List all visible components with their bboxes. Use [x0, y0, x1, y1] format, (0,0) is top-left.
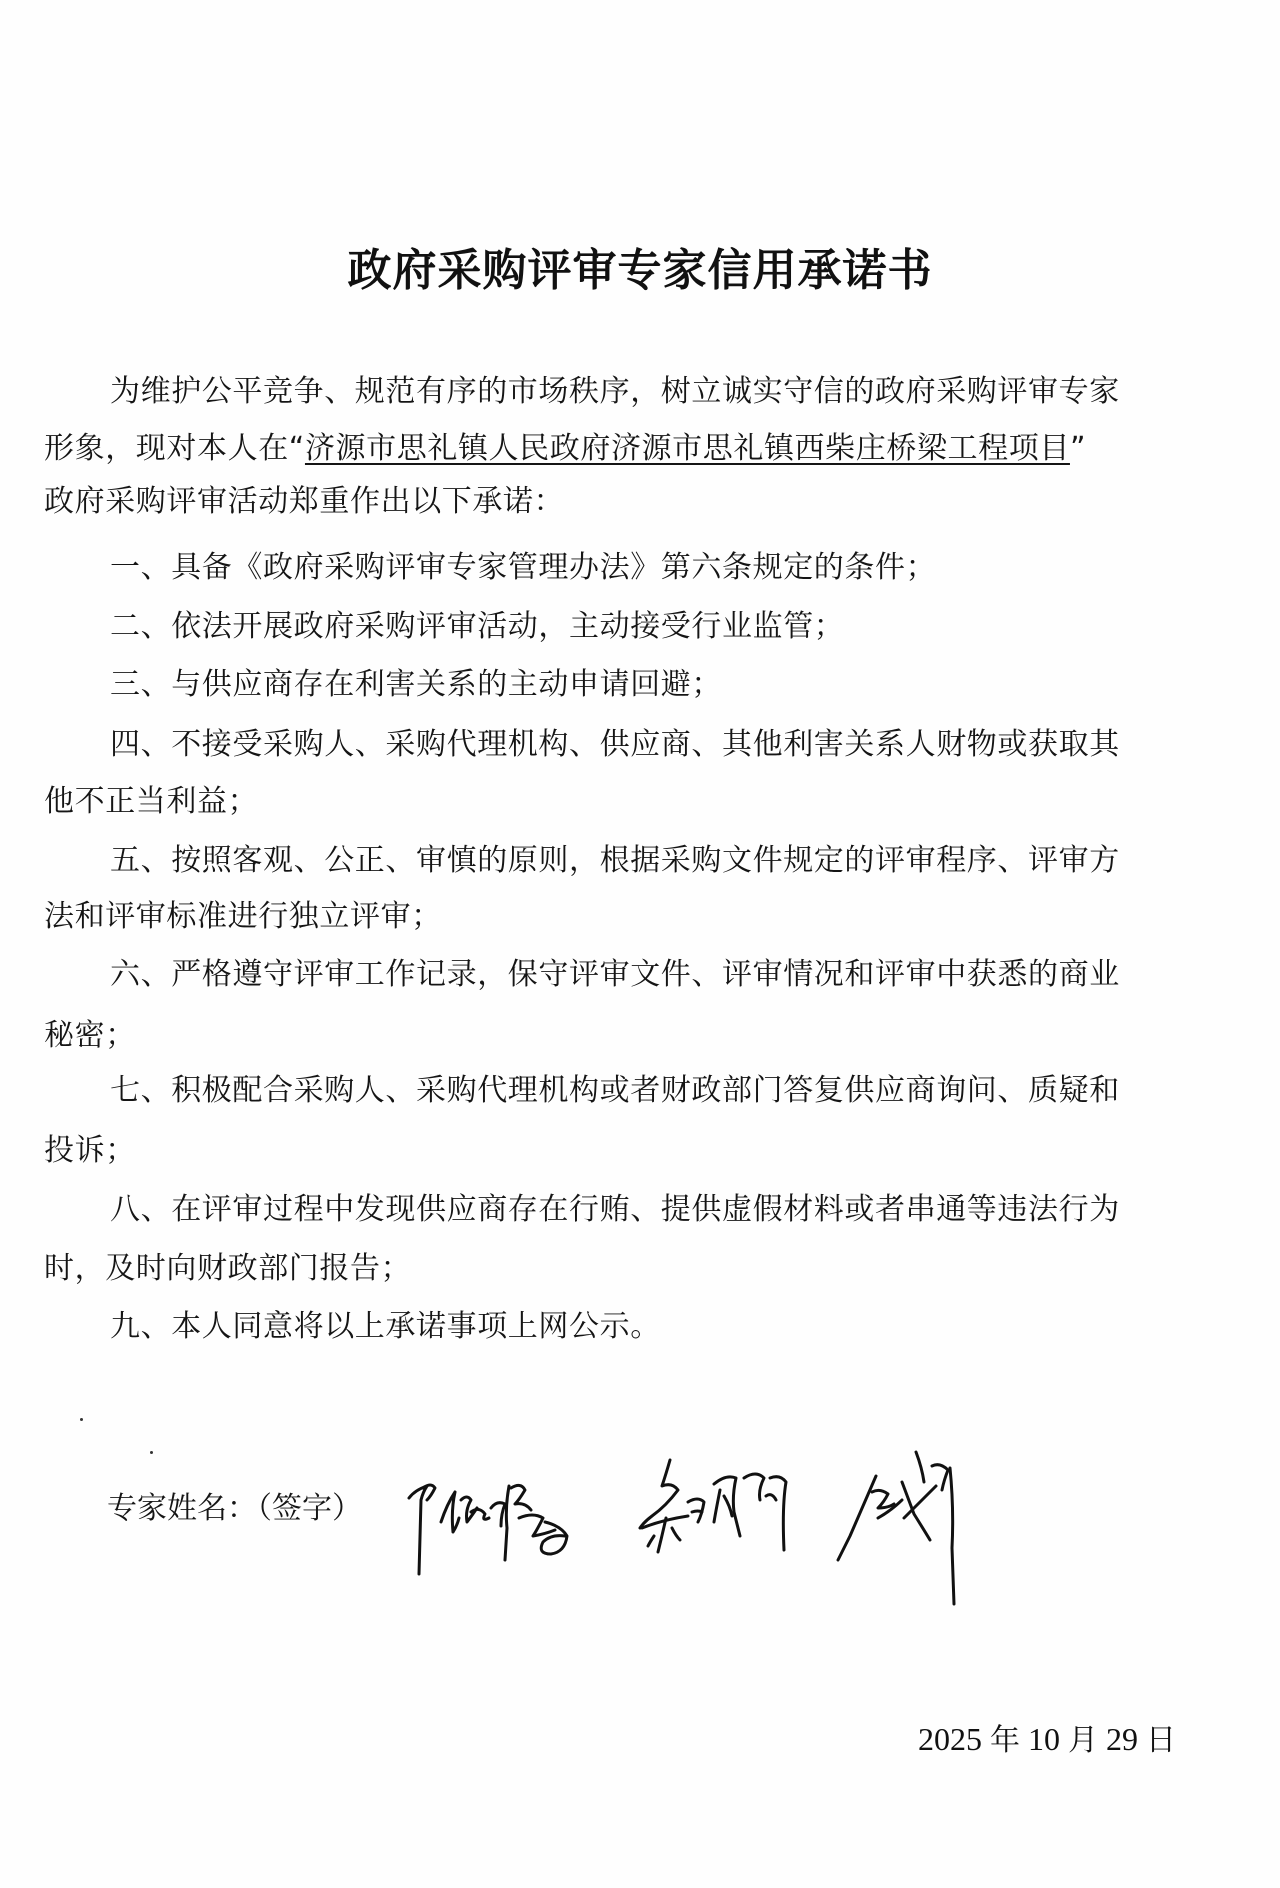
- commitment-1: 一、具备《政府采购评审专家管理办法》第六条规定的条件；: [110, 550, 936, 586]
- commitment-6: 六、严格遵守评审工作记录，保守评审文件、评审情况和评审中获悉的商业: [110, 957, 1120, 993]
- signature-1: [405, 1478, 585, 1574]
- date-month-unit: 月: [1068, 1723, 1098, 1758]
- scan-speck: [150, 1451, 153, 1454]
- signature-label: 专家姓名：（签字）: [107, 1491, 362, 1527]
- date-month: 10: [1028, 1721, 1060, 1757]
- document-title: 政府采购评审专家信用承诺书: [0, 246, 1280, 296]
- commitment-2: 二、依法开展政府采购评审活动，主动接受行业监管；: [110, 609, 844, 645]
- scan-speck: [80, 1418, 83, 1421]
- signing-date: 2025 年 10 月 29 日: [918, 1720, 1176, 1760]
- commitment-6-cont: 秘密；: [44, 1018, 136, 1054]
- intro-line-2: 形象，现对本人在“济源市思礼镇人民政府济源市思礼镇西柴庄桥梁工程项目”: [44, 431, 1086, 467]
- commitment-5-cont: 法和评审标准进行独立评审；: [44, 899, 442, 935]
- commitment-8: 八、在评审过程中发现供应商存在行贿、提供虚假材料或者串通等违法行为: [110, 1192, 1120, 1228]
- date-year-unit: 年: [990, 1723, 1020, 1758]
- intro-line-2-prefix: 形象，现对本人在“: [44, 431, 305, 466]
- date-day: 29: [1106, 1721, 1138, 1757]
- commitment-8-cont: 时，及时向财政部门报告；: [44, 1251, 411, 1287]
- signature-3: [832, 1448, 962, 1606]
- commitment-7: 七、积极配合采购人、采购代理机构或者财政部门答复供应商询问、质疑和: [110, 1073, 1120, 1109]
- signature-2-strokes: [632, 1456, 808, 1562]
- date-year: 2025: [918, 1721, 982, 1757]
- commitment-7-cont: 投诉；: [44, 1133, 136, 1169]
- signature-3-strokes: [832, 1448, 962, 1606]
- intro-line-2-suffix: ”: [1070, 431, 1086, 466]
- commitment-3: 三、与供应商存在利害关系的主动申请回避；: [110, 667, 722, 703]
- commitment-4: 四、不接受采购人、采购代理机构、供应商、其他利害关系人财物或获取其: [110, 727, 1120, 763]
- date-day-unit: 日: [1146, 1723, 1176, 1758]
- commitment-5: 五、按照客观、公正、审慎的原则，根据采购文件规定的评审程序、评审方: [110, 843, 1120, 879]
- commitment-9: 九、本人同意将以上承诺事项上网公示。: [110, 1309, 661, 1345]
- signature-2: [632, 1456, 808, 1562]
- intro-line-1: 为维护公平竞争、规范有序的市场秩序，树立诚实守信的政府采购评审专家: [110, 374, 1120, 410]
- commitment-4-cont: 他不正当利益；: [44, 784, 258, 820]
- document-page: 政府采购评审专家信用承诺书 为维护公平竞争、规范有序的市场秩序，树立诚实守信的政…: [0, 0, 1280, 1888]
- project-name: 济源市思礼镇人民政府济源市思礼镇西柴庄桥梁工程项目: [305, 431, 1070, 466]
- intro-line-3: 政府采购评审活动郑重作出以下承诺：: [44, 484, 564, 520]
- signature-1-strokes: [405, 1478, 585, 1574]
